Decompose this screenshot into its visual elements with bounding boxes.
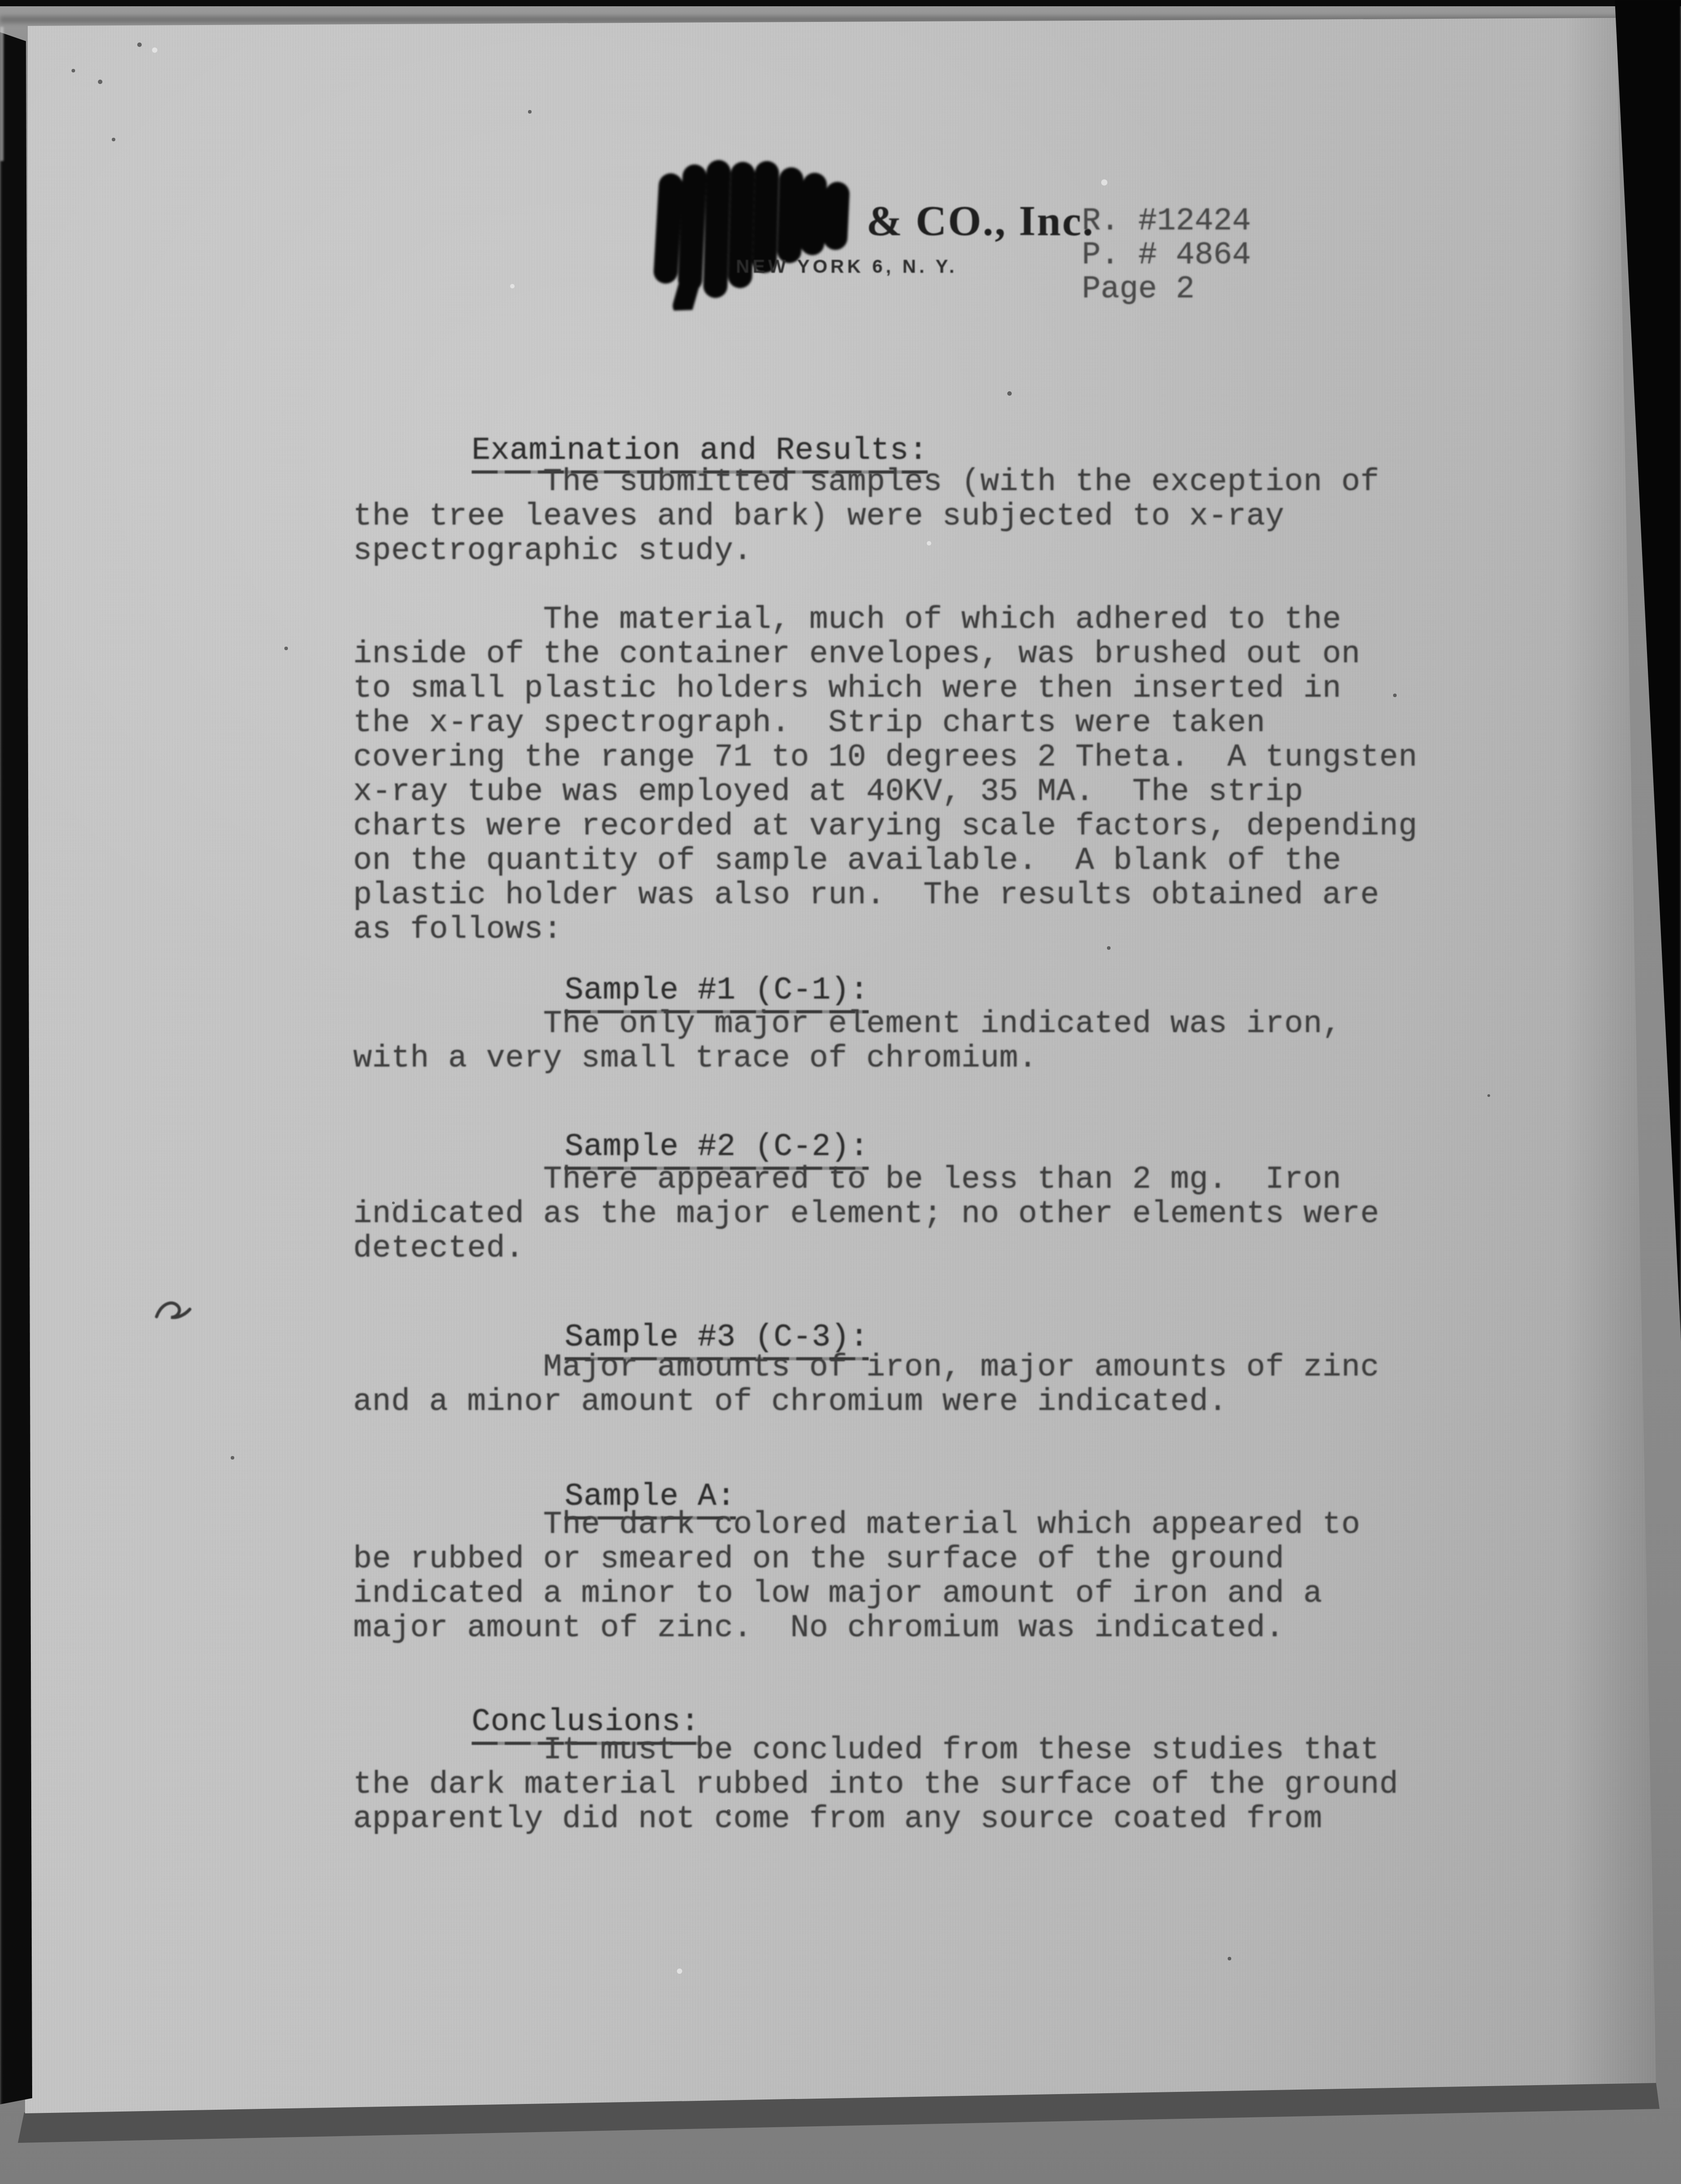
letterhead-company-suffix: & CO., Inc. [866,196,1094,245]
report-number: R. #12424 [1082,205,1251,239]
section-heading-sample-2: Sample #2 (C-2): [451,1096,869,1170]
section-heading-sample-3: Sample #3 (C-3): [451,1286,869,1360]
photo-top-border [0,0,1681,6]
paragraph-procedure: The material, much of which adhered to t… [353,603,1417,947]
left-edge-light-sliver [0,27,4,161]
p-number: P. # 4864 [1082,239,1251,273]
paragraph-samples-submitted: The submitted samples (with the exceptio… [353,465,1379,568]
redaction-scribble-icon [646,152,866,312]
dust-specks-overlay [0,0,1681,2184]
document-page: & CO., Inc. NEW YORK 6, N. Y. R. #12424 … [0,0,1681,2184]
paragraph-sample-1-result: The only major element indicated was iro… [353,1007,1341,1076]
margin-check-squiggle-icon [150,1287,203,1330]
paragraph-sample-3-result: Major amounts of iron, major amounts of … [353,1350,1379,1419]
section-heading-examination: Examination and Results: [358,399,928,474]
scanned-document-photo: & CO., Inc. NEW YORK 6, N. Y. R. #12424 … [0,0,1681,2184]
paragraph-sample-2-result: There appeared to be less than 2 mg. Iro… [353,1163,1379,1266]
paragraph-sample-a-result: The dark colored material which appeared… [353,1508,1360,1646]
paragraph-conclusions: It must be concluded from these studies … [353,1733,1398,1837]
page-number: Page 2 [1082,273,1195,307]
section-heading-sample-1: Sample #1 (C-1): [451,939,869,1013]
letterhead-address: NEW YORK 6, N. Y. [736,256,958,277]
